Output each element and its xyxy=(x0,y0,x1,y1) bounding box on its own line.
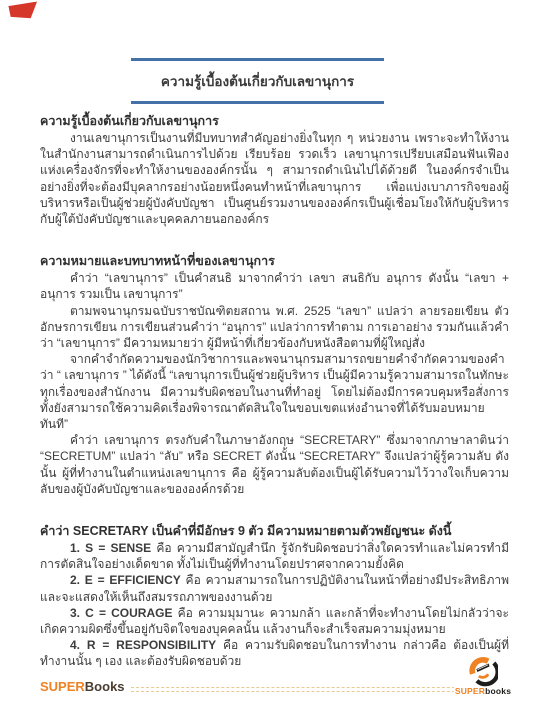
swirl-book-icon xyxy=(468,655,498,687)
secretary-item-3-lead: 3. C = COURAGE xyxy=(70,606,172,620)
footer-brand-super: SUPER xyxy=(40,679,85,694)
meaning-paragraph-3: จากคำจำกัดความของนักวิชาการและพจนานุกรมส… xyxy=(40,351,509,432)
section-heading-meaning: ความหมายและบทบาทหน้าที่ของเลขานุการ xyxy=(40,253,509,270)
meaning-paragraph-2: ตามพจนานุกรมฉบับราชบัณฑิตยสถาน พ.ศ. 2525… xyxy=(40,303,509,352)
superbooks-logo: SUPERbooks xyxy=(454,655,512,696)
intro-paragraph: งานเลขานุการเป็นงานที่มีบทบาทสำคัญอย่างย… xyxy=(40,130,509,227)
secretary-item-2-lead: 2. E = EFFICIENCY xyxy=(70,573,181,587)
title-box: ความรู้เบื้องต้นเกี่ยวกับเลขานุการ xyxy=(131,58,384,104)
document-page: ความรู้เบื้องต้นเกี่ยวกับเลขานุการ ความร… xyxy=(0,0,542,725)
page-footer: SUPERBooks SUPERbooks xyxy=(40,655,512,705)
red-corner-ribbon xyxy=(8,2,39,21)
meaning-paragraph-4: คำว่า เลขานุการ ตรงกับคำในภาษาอังกฤษ “SE… xyxy=(40,432,509,497)
secretary-item-1-lead: 1. S = SENSE xyxy=(70,541,151,555)
logo-text-super: SUPER xyxy=(455,686,485,696)
footer-dashed-divider xyxy=(106,687,500,692)
secretary-item-2: 2. E = EFFICIENCY คือ ความสามารถในการปฏิ… xyxy=(40,572,509,604)
logo-text-books: books xyxy=(485,686,511,696)
document-body: ความรู้เบื้องต้นเกี่ยวกับเลขานุการ งานเล… xyxy=(40,113,509,670)
superbooks-logo-text: SUPERbooks xyxy=(454,686,512,696)
meaning-paragraph-1: คำว่า “เลขานุการ” เป็นคำสนธิ มาจากคำว่า … xyxy=(40,270,509,302)
footer-brand-books: Books xyxy=(85,679,125,694)
secretary-item-4-lead: 4. R = RESPONSIBILITY xyxy=(70,638,216,652)
secretary-item-3: 3. C = COURAGE คือ ความมุมานะ ความกล้า แ… xyxy=(40,605,509,637)
footer-brand: SUPERBooks xyxy=(40,679,129,694)
secretary-item-1: 1. S = SENSE คือ ความมีสามัญสำนึก รู้จัก… xyxy=(40,540,509,572)
page-title: ความรู้เบื้องต้นเกี่ยวกับเลขานุการ xyxy=(161,70,354,92)
section-heading-secretary: คำว่า SECRETARY เป็นคำที่มีอักษร 9 ตัว ม… xyxy=(40,523,509,540)
section-heading-intro: ความรู้เบื้องต้นเกี่ยวกับเลขานุการ xyxy=(40,113,509,130)
